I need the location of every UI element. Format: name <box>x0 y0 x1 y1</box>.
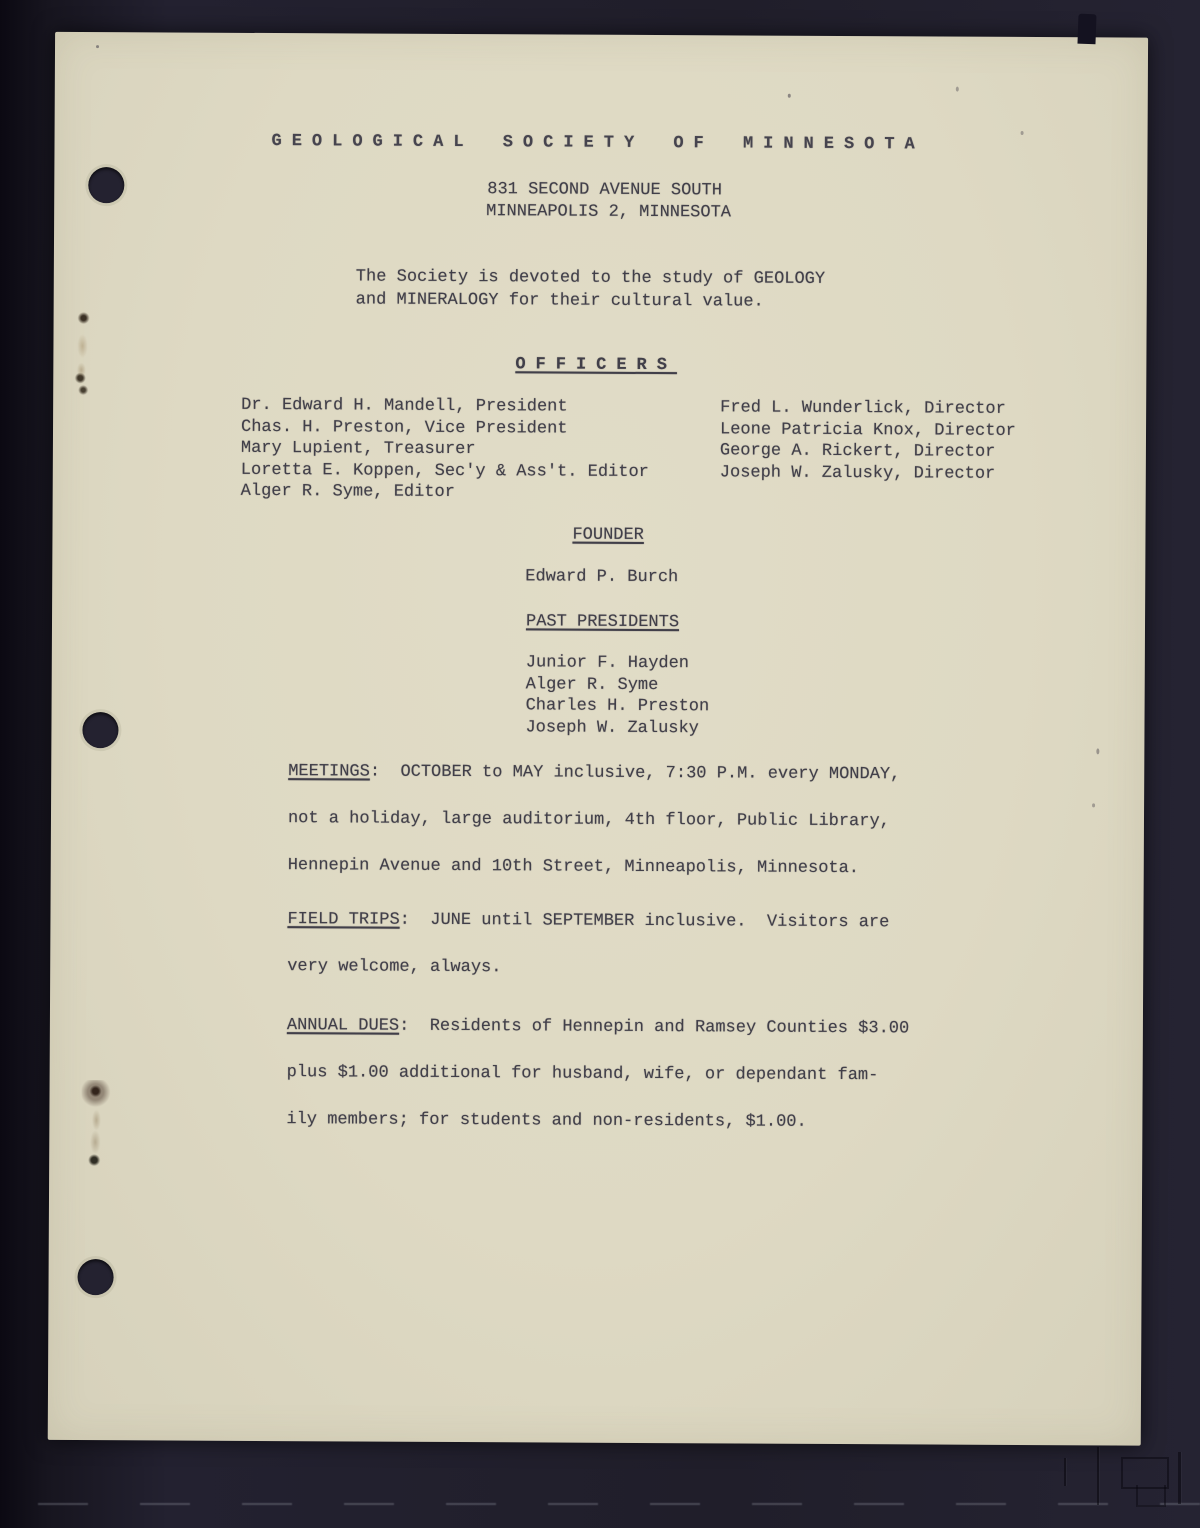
paper-speck <box>956 87 959 92</box>
meetings-line-1: MEETINGS: OCTOBER to MAY inclusive, 7:30… <box>288 762 900 812</box>
field-trips-text-1: : JUNE until SEPTEMBER inclusive. Visito… <box>400 911 890 933</box>
field-trips-line-1: FIELD TRIPS: JUNE until SEPTEMBER inclus… <box>287 910 889 960</box>
paper-speck <box>1096 748 1099 754</box>
address-line-2: MINNEAPOLIS 2, MINNESOTA <box>486 202 731 223</box>
intro-line-1: The Society is devoted to the study of G… <box>356 267 825 289</box>
ink-stain-bottom <box>81 1080 111 1172</box>
officer-entry: Fred L. Wunderlick, Director <box>720 397 1016 420</box>
officer-entry: George A. Rickert, Director <box>720 440 1016 463</box>
address-line-1: 831 SECOND AVENUE SOUTH <box>487 180 722 201</box>
past-presidents-list: Junior F. Hayden Alger R. Syme Charles H… <box>525 652 709 739</box>
background-embossed-mark <box>1178 1452 1181 1504</box>
meetings-text-1: : OCTOBER to MAY inclusive, 7:30 P.M. ev… <box>370 763 901 785</box>
annual-dues-text-3: ily members; for students and non-reside… <box>286 1110 909 1160</box>
paper-speck <box>788 94 791 98</box>
annual-dues-text-1: : Residents of Hennepin and Ramsey Count… <box>399 1017 909 1039</box>
background-embossed-mark <box>1136 1485 1166 1507</box>
paper-speck <box>96 45 99 48</box>
meetings-text-3: Hennepin Avenue and 10th Street, Minneap… <box>288 856 900 906</box>
intro-line-2: and MINERALOGY for their cultural value. <box>356 290 764 312</box>
past-president-name: Joseph W. Zalusky <box>525 717 709 739</box>
ink-stain-top <box>69 312 99 396</box>
officer-entry: Leone Patricia Knox, Director <box>720 419 1016 442</box>
officers-heading: OFFICERS <box>515 355 677 376</box>
officer-entry: Mary Lupient, Treasurer <box>241 438 649 462</box>
founder-heading: FOUNDER <box>572 526 644 546</box>
background-embossed-mark <box>1064 1458 1066 1486</box>
past-presidents-heading: PAST PRESIDENTS <box>526 612 679 633</box>
background-embossed-mark <box>1097 1447 1099 1505</box>
annual-dues-line-1: ANNUAL DUES: Residents of Hennepin and R… <box>287 1016 910 1066</box>
officers-left-column: Dr. Edward H. Mandell, President Chas. H… <box>241 395 650 505</box>
officer-entry: Alger R. Syme, Editor <box>241 481 649 505</box>
officer-entry: Chas. H. Preston, Vice President <box>241 416 649 440</box>
punch-hole-bottom <box>77 1259 113 1295</box>
meetings-section: MEETINGS: OCTOBER to MAY inclusive, 7:30… <box>288 762 901 906</box>
field-trips-text-2: very welcome, always. <box>287 957 889 1007</box>
punch-hole-top <box>88 167 124 203</box>
past-president-name: Charles H. Preston <box>526 695 710 717</box>
officer-entry: Loretta E. Koppen, Sec'y & Ass't. Editor <box>241 459 649 483</box>
meetings-label: MEETINGS <box>288 762 370 781</box>
scan-background: GEOLOGICAL SOCIETY OF MINNESOTA 831 SECO… <box>0 0 1200 1528</box>
annual-dues-label: ANNUAL DUES <box>287 1016 399 1036</box>
officer-entry: Joseph W. Zalusky, Director <box>720 462 1016 485</box>
founder-name: Edward P. Burch <box>525 567 678 588</box>
document-page: GEOLOGICAL SOCIETY OF MINNESOTA 831 SECO… <box>48 32 1148 1446</box>
annual-dues-section: ANNUAL DUES: Residents of Hennepin and R… <box>286 1016 909 1160</box>
paper-speck <box>1092 803 1095 807</box>
punch-hole-middle <box>82 712 118 748</box>
past-president-name: Alger R. Syme <box>526 674 710 696</box>
society-title: GEOLOGICAL SOCIETY OF MINNESOTA <box>271 132 924 155</box>
officers-right-column: Fred L. Wunderlick, Director Leone Patri… <box>720 397 1016 485</box>
scanner-artifact-dashes <box>38 1503 1200 1505</box>
officer-entry: Dr. Edward H. Mandell, President <box>241 395 649 419</box>
paper-speck <box>1021 131 1024 135</box>
meetings-text-2: not a holiday, large auditorium, 4th flo… <box>288 809 900 859</box>
field-trips-section: FIELD TRIPS: JUNE until SEPTEMBER inclus… <box>287 910 889 1007</box>
past-president-name: Junior F. Hayden <box>526 652 710 674</box>
field-trips-label: FIELD TRIPS <box>287 910 399 930</box>
binder-clip-mark <box>1077 14 1096 45</box>
annual-dues-text-2: plus $1.00 additional for husband, wife,… <box>286 1063 909 1113</box>
